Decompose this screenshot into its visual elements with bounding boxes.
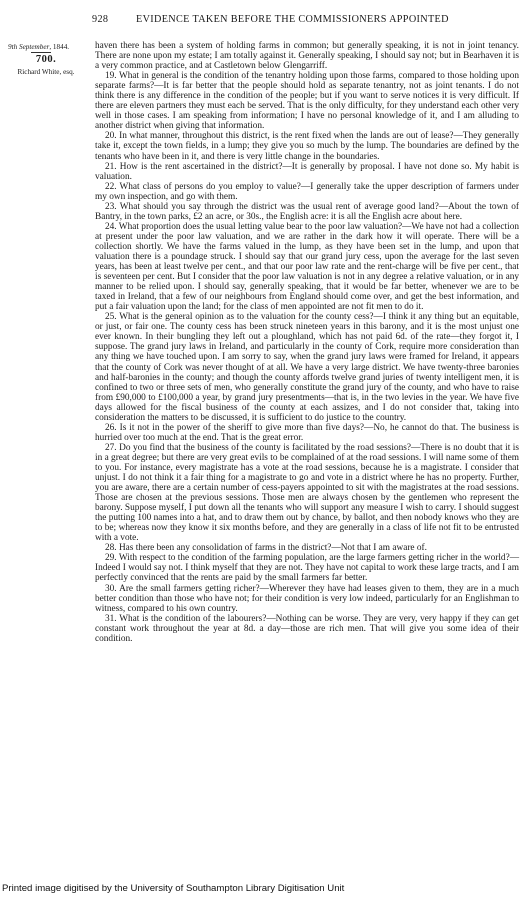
digitisation-footer: Printed image digitised by the Universit… (2, 883, 344, 894)
paragraph: 27. Do you find that the business of the… (95, 443, 519, 543)
paragraph: 25. What is the general opinion as to th… (95, 312, 519, 423)
margin-divider (31, 52, 51, 53)
page-header: 928 EVIDENCE TAKEN BEFORE THE COMMISSION… (92, 14, 522, 28)
paragraph: 22. What class of persons do you employ … (95, 182, 519, 202)
paragraph: 30. Are the small farmers getting richer… (95, 584, 519, 614)
paragraph: 23. What should you say through the dist… (95, 202, 519, 222)
page-number: 928 (92, 14, 108, 25)
paragraph: 24. What proportion does the usual letti… (95, 222, 519, 312)
paragraph: 28. Has there been any consolidation of … (95, 543, 519, 553)
paragraph: 21. How is the rent ascertained in the d… (95, 162, 519, 182)
paragraph: 26. Is it not in the power of the sherif… (95, 423, 519, 443)
margin-date: 9th September, 1844. (8, 43, 100, 51)
body-text: haven there has been a system of holding… (95, 41, 519, 644)
paragraph: 20. In what manner, throughout this dist… (95, 131, 519, 161)
margin-date-year: , 1844. (49, 43, 69, 51)
witness-name: Richard White, esq. (0, 68, 92, 76)
paragraph: 31. What is the condition of the laboure… (95, 614, 519, 644)
paragraph: 29. With respect to the condition of the… (95, 553, 519, 583)
witness-number: 700. (0, 54, 92, 65)
paragraph: haven there has been a system of holding… (95, 41, 519, 71)
margin-date-day: 9th September (8, 43, 49, 51)
running-title: EVIDENCE TAKEN BEFORE THE COMMISSIONERS … (136, 14, 449, 25)
paragraph: 19. What in general is the condition of … (95, 71, 519, 131)
